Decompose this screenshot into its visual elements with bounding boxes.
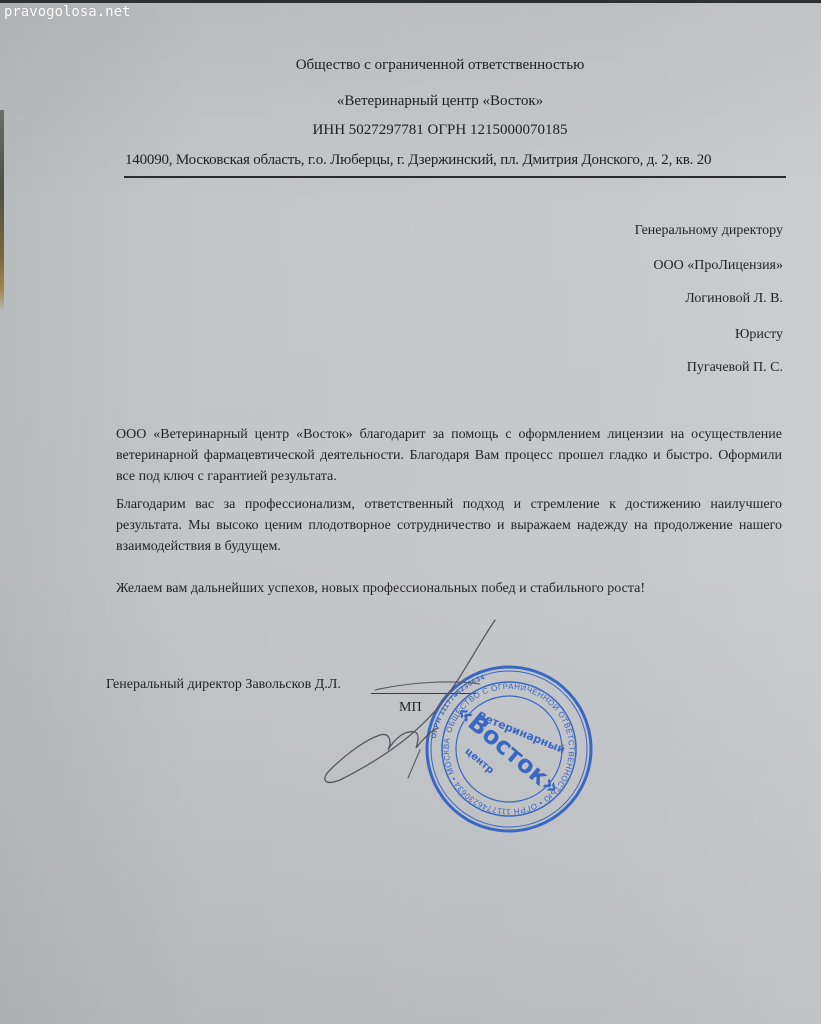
addressee-line: Пугачевой П. С. <box>687 360 783 376</box>
addressee-line: Генеральному директору <box>635 223 783 239</box>
addressee-line: ООО «ПроЛицензия» <box>653 258 783 274</box>
body-paragraph: ООО «Ветеринарный центр «Восток» благода… <box>116 424 782 487</box>
top-bar <box>0 0 821 3</box>
handwritten-signature-icon <box>300 610 520 790</box>
addressee-line: Логиновой Л. В. <box>685 291 783 307</box>
body-paragraph: Желаем вам дальнейших успехов, новых про… <box>116 578 782 599</box>
company-legal-form: Общество с ограниченной ответственностью <box>130 57 750 74</box>
paper-edge-shadow <box>0 110 4 310</box>
letterhead-divider <box>124 176 786 178</box>
site-watermark: pravogolosa.net <box>4 4 130 20</box>
company-address: 140090, Московская область, г.о. Люберцы… <box>125 152 785 169</box>
addressee-line: Юристу <box>735 327 783 343</box>
body-paragraph: Благодарим вас за профессионализм, ответ… <box>116 494 782 557</box>
company-registration-numbers: ИНН 5027297781 ОГРН 1215000070185 <box>130 122 750 139</box>
company-name: «Ветеринарный центр «Восток» <box>130 93 750 110</box>
